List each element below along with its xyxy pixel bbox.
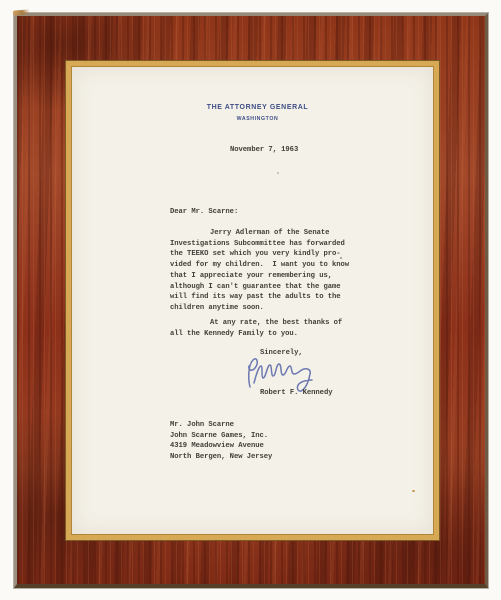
- gold-mat: THE ATTORNEY GENERAL WASHINGTON November…: [65, 60, 440, 541]
- wood-plaque: THE ATTORNEY GENERAL WASHINGTON November…: [14, 13, 488, 588]
- letter-date: November 7, 1963: [230, 145, 298, 156]
- body-paragraph-2: At any rate, the best thanks of all the …: [170, 318, 375, 339]
- signature-name: Robert F. Kennedy: [260, 388, 332, 399]
- paper-speck: [340, 257, 342, 259]
- paper-speck: [412, 490, 415, 492]
- paper-speck: [277, 172, 279, 174]
- letter-paper: THE ATTORNEY GENERAL WASHINGTON November…: [72, 67, 433, 534]
- recipient-address: Mr. John Scarne John Scarne Games, Inc. …: [170, 420, 272, 463]
- photo-background: THE ATTORNEY GENERAL WASHINGTON November…: [0, 0, 501, 600]
- salutation: Dear Mr. Scarne:: [170, 207, 238, 218]
- body-paragraph-1: Jerry Adlerman of the Senate Investigati…: [170, 228, 375, 314]
- letterhead-line1: THE ATTORNEY GENERAL: [77, 104, 438, 111]
- letterhead-line2: WASHINGTON: [77, 116, 438, 122]
